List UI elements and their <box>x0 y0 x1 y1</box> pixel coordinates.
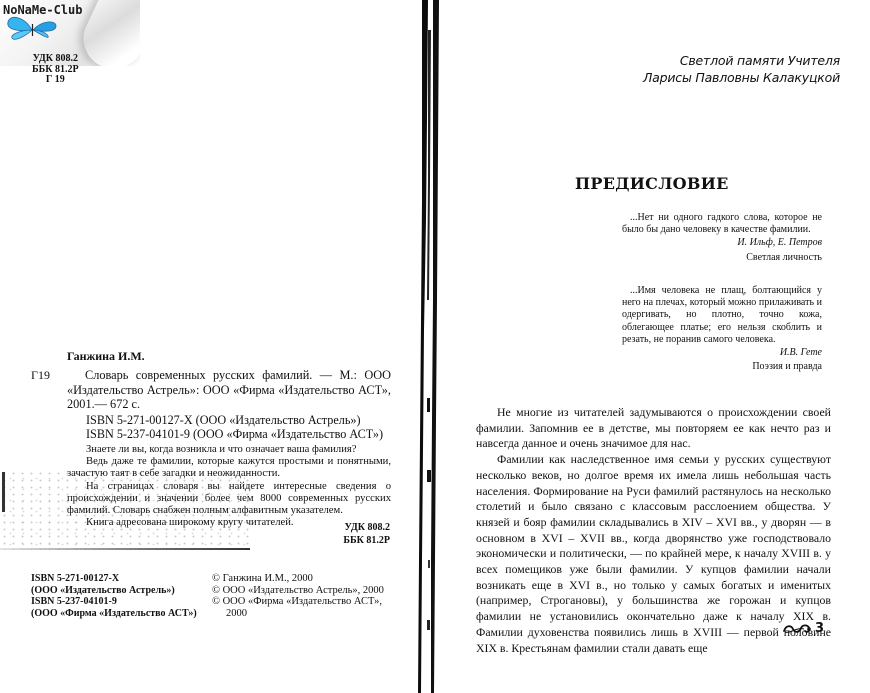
body-paragraph: Не многие из читателей задумываются о пр… <box>476 405 831 452</box>
scan-artifact <box>2 472 5 512</box>
epigraph-author: И. Ильф, Е. Петров <box>622 237 822 249</box>
isbn-block: ISBN 5-271-00127-X (ООО «Издательство Ас… <box>86 413 383 441</box>
epigraph-source: Светлая личность <box>622 252 822 264</box>
author-mark: Г 19 <box>32 75 79 86</box>
preface-body: Не многие из читателей задумываются о пр… <box>476 405 831 656</box>
epigraph-source: Поэзия и правда <box>622 361 822 373</box>
scan-artifact <box>0 548 250 550</box>
body-paragraph: Фамилии как наследственное имя семьи у р… <box>476 452 831 656</box>
imprint-line: ISBN 5-237-04101-9 <box>31 596 197 608</box>
bbk-code: ББК 81.2Р <box>320 534 390 547</box>
copyright-line: © ООО «Фирма «Издательство АСТ», <box>212 596 384 608</box>
copyright-block: © Ганжина И.М., 2000 © ООО «Издательство… <box>212 573 384 619</box>
right-page: Светлой памяти Учителя Ларисы Павловны К… <box>450 0 870 693</box>
dedication-line: Светлой памяти Учителя <box>643 52 840 69</box>
book-annotation: Знаете ли вы, когда возникла и что означ… <box>67 444 391 529</box>
isbn-line: ISBN 5-271-00127-X (ООО «Издательство Ас… <box>86 413 383 427</box>
epigraph-text: ...Имя человека не плащ, болтающийся у н… <box>622 285 822 346</box>
annotation-paragraph: На страницах словаря вы найдете интересн… <box>67 481 391 518</box>
epigraph: ...Имя человека не плащ, болтающийся у н… <box>622 285 822 373</box>
scroll-ornament-icon <box>782 623 812 635</box>
left-page: УДК 808.2 ББК 81.2Р Г 19 Ганжина И.М. Г1… <box>0 0 420 693</box>
chapter-heading: ПРЕДИСЛОВИЕ <box>575 174 729 193</box>
epigraph-text: ...Нет ни одного гадкого слова, которое … <box>622 212 822 236</box>
udc-code: УДК 808.2 <box>32 54 79 65</box>
catalog-mark: Г19 <box>31 368 50 383</box>
imprint-line: (ООО «Издательство Астрель») <box>31 585 197 597</box>
isbn-line: ISBN 5-237-04101-9 (ООО «Фирма «Издатель… <box>86 427 383 441</box>
epigraph-author: И.В. Гете <box>622 347 822 359</box>
copyright-line: © ООО «Издательство Астрель», 2000 <box>212 585 384 597</box>
imprint-line: (ООО «Фирма «Издательство АСТ») <box>31 608 197 620</box>
epigraph: ...Нет ни одного гадкого слова, которое … <box>622 212 822 264</box>
page-number: 3 <box>815 621 824 636</box>
annotation-paragraph: Знаете ли вы, когда возникла и что означ… <box>67 444 391 456</box>
dedication: Светлой памяти Учителя Ларисы Павловны К… <box>643 52 840 86</box>
imprint-line: ISBN 5-271-00127-X <box>31 573 197 585</box>
catalog-entry: Словарь современных русских фамилий. — М… <box>67 368 391 412</box>
classification-codes-bottom: УДК 808.2 ББК 81.2Р <box>320 521 390 547</box>
dedication-line: Ларисы Павловны Калакуцкой <box>643 69 840 86</box>
page-number-block: 3 <box>782 621 824 636</box>
book-spine <box>418 0 448 693</box>
author-name: Ганжина И.М. <box>67 349 145 364</box>
udc-code: УДК 808.2 <box>320 521 390 534</box>
imprint-isbn: ISBN 5-271-00127-X (ООО «Издательство Ас… <box>31 573 197 619</box>
copyright-line: 2000 <box>212 608 384 620</box>
classification-codes-top: УДК 808.2 ББК 81.2Р Г 19 <box>32 54 79 86</box>
annotation-paragraph: Ведь даже те фамилии, которые кажутся пр… <box>67 456 391 480</box>
copyright-line: © Ганжина И.М., 2000 <box>212 573 384 585</box>
